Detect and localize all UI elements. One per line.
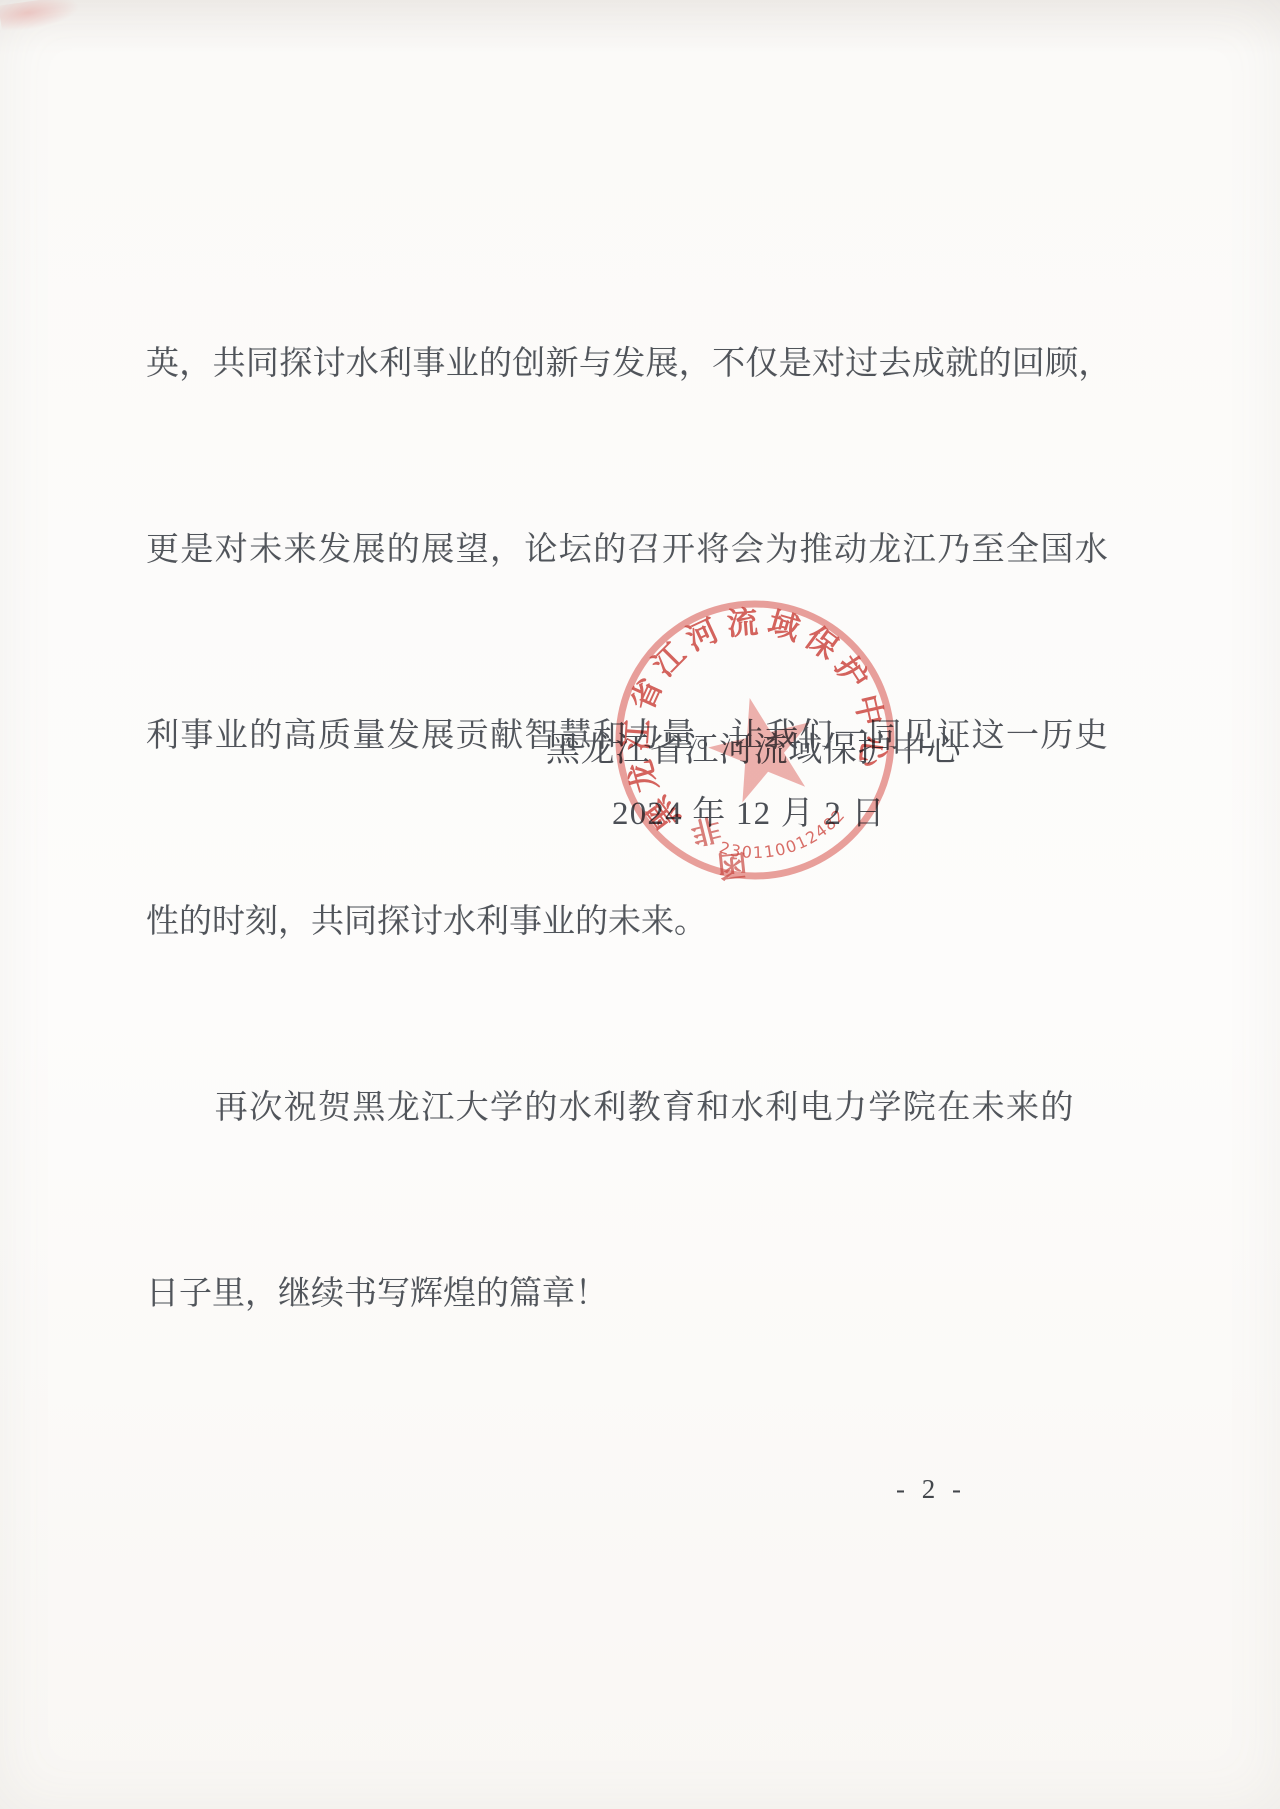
body-line: 再次祝贺黑龙江大学的水利教育和水利电力学院在未来的 xyxy=(146,1077,1112,1139)
page-number: - 2 - xyxy=(896,1474,966,1505)
body-line: 英，共同探讨水利事业的创新与发展，不仅是对过去成就的回顾， xyxy=(146,333,1112,395)
star-icon xyxy=(699,685,825,807)
body-line: 更是对未来发展的展望，论坛的召开将会为推动龙江乃至全国水 xyxy=(146,519,1112,581)
official-seal-stamp: 黑龙江省江河流域保护中心 2301100124820 非 函 xyxy=(600,585,910,895)
scan-artifact xyxy=(0,0,82,33)
scanned-letter-page: 英，共同探讨水利事业的创新与发展，不仅是对过去成就的回顾， 更是对未来发展的展望… xyxy=(0,0,1280,1809)
body-line: 性的时刻，共同探讨水利事业的未来。 xyxy=(146,891,1112,953)
body-line: 日子里，继续书写辉煌的篇章！ xyxy=(146,1263,1112,1325)
seal-ghost-glyph: 函 xyxy=(715,846,748,882)
seal-ghost-glyph: 非 xyxy=(687,810,724,849)
